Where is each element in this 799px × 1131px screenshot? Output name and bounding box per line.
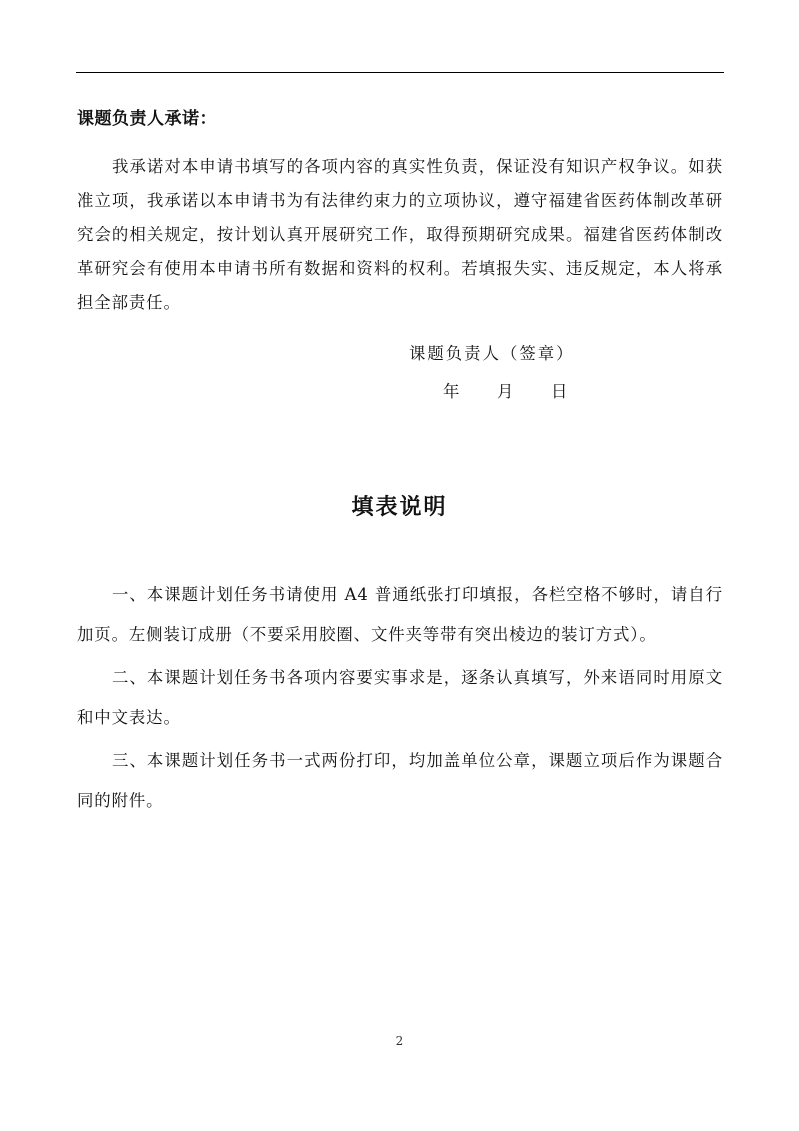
commitment-heading: 课题负责人承诺：: [77, 104, 217, 129]
page-number: 2: [0, 1034, 799, 1048]
date-day: 日: [551, 378, 605, 402]
signature-label: 课题负责人（签章）: [409, 340, 575, 364]
instructions-list: 一、本课题计划任务书请使用 A4 普通纸张打印填报，各栏空格不够时，请自行加页。…: [77, 575, 723, 824]
commitment-text: 我承诺对本申请书填写的各项内容的真实性负责，保证没有知识产权争议。如获准立项，我…: [77, 150, 723, 320]
instruction-item: 三、本课题计划任务书一式两份打印，均加盖单位公章，课题立项后作为课题合同的附件。: [77, 741, 723, 821]
instruction-item: 一、本课题计划任务书请使用 A4 普通纸张打印填报，各栏空格不够时，请自行加页。…: [77, 575, 723, 655]
instructions-title: 填表说明: [0, 490, 799, 521]
date-year: 年: [443, 378, 497, 402]
instruction-item: 二、本课题计划任务书各项内容要实事求是，逐条认真填写，外来语同时用原文和中文表达…: [77, 658, 723, 738]
header-rule: [76, 72, 724, 73]
commitment-body: 我承诺对本申请书填写的各项内容的真实性负责，保证没有知识产权争议。如获准立项，我…: [77, 150, 723, 320]
signature-date: 年月日: [443, 378, 605, 402]
date-month: 月: [497, 378, 551, 402]
